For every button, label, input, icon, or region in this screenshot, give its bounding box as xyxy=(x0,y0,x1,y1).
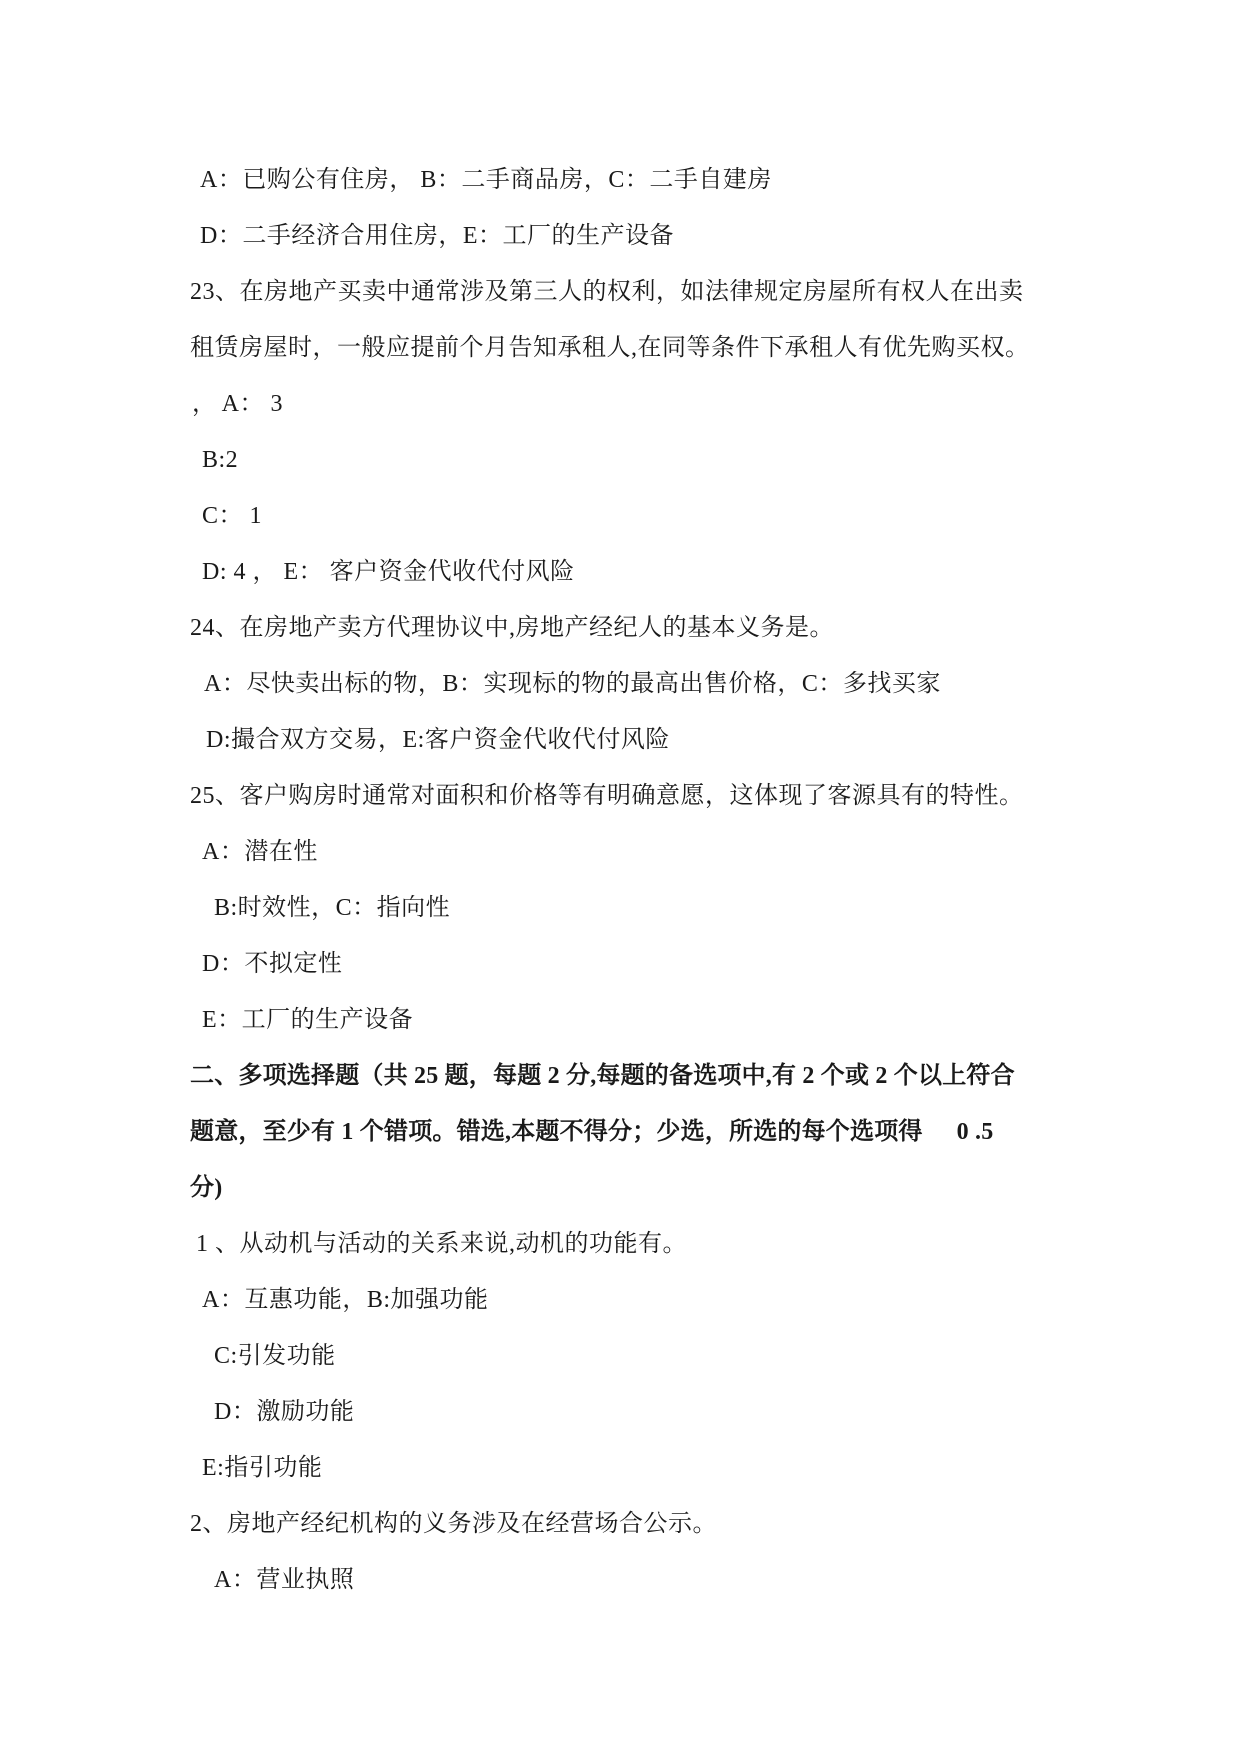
question-23-stem-line-2: 租赁房屋时，一般应提前个月告知承租人,在同等条件下承租人有优先购买权。 xyxy=(190,328,1030,368)
multi-question-1-option-c: C:引发功能 xyxy=(214,1336,336,1376)
question-22-options-abc: A：已购公有住房， B：二手商品房，C：二手自建房 xyxy=(200,160,772,200)
multi-question-1-option-d: D：激励功能 xyxy=(214,1392,354,1432)
multi-question-1-stem: 1 、从动机与活动的关系来说,动机的功能有。 xyxy=(196,1224,687,1264)
question-23-option-c: C： 1 xyxy=(202,496,262,536)
multi-question-1-option-e: E:指引功能 xyxy=(202,1448,322,1488)
section-2-heading-line-1: 二、多项选择题（共 25 题，每题 2 分,每题的备选项中,有 2 个或 2 个… xyxy=(190,1056,1015,1096)
question-22-options-de: D：二手经济合用住房，E：工厂的生产设备 xyxy=(200,216,674,256)
section-2-partial-score: 0 .5 xyxy=(957,1119,994,1145)
question-23-option-b: B:2 xyxy=(202,440,238,480)
question-24-options-abc: A：尽快卖出标的物，B：实现标的物的最高出售价格，C：多找买家 xyxy=(204,664,941,704)
section-2-heading-line-2: 题意，至少有 1 个错项。错选,本题不得分；少选，所选的每个选项得0 .5 xyxy=(190,1112,993,1152)
question-25-options-bc: B:时效性，C：指向性 xyxy=(214,888,450,928)
question-25-option-e: E：工厂的生产设备 xyxy=(202,1000,413,1040)
question-23-option-a: ， A： 3 xyxy=(192,384,283,424)
question-25-stem: 25、客户购房时通常对面积和价格等有明确意愿，这体现了客源具有的特性。 xyxy=(190,776,1024,816)
question-24-stem: 24、在房地产卖方代理协议中,房地产经纪人的基本义务是。 xyxy=(190,608,834,648)
multi-question-1-options-ab: A：互惠功能，B:加强功能 xyxy=(202,1280,489,1320)
question-24-options-de: D:撮合双方交易，E:客户资金代收代付风险 xyxy=(206,720,670,760)
multi-question-2-option-a: A：营业执照 xyxy=(214,1560,354,1600)
question-23-stem-line-1: 23、在房地产买卖中通常涉及第三人的权利，如法律规定房屋所有权人在出卖 xyxy=(190,272,1024,312)
question-25-option-d: D：不拟定性 xyxy=(202,944,342,984)
section-2-heading-line-2-text: 题意，至少有 1 个错项。错选,本题不得分；少选，所选的每个选项得 xyxy=(190,1119,923,1145)
multi-question-2-stem: 2、房地产经纪机构的义务涉及在经营场合公示。 xyxy=(190,1504,717,1544)
question-23-options-de: D: 4 ， E： 客户资金代收代付风险 xyxy=(202,552,575,592)
question-25-option-a: A：潜在性 xyxy=(202,832,318,872)
document-page: A：已购公有住房， B：二手商品房，C：二手自建房 D：二手经济合用住房，E：工… xyxy=(0,0,1240,1753)
section-2-heading-line-3: 分) xyxy=(190,1168,222,1208)
